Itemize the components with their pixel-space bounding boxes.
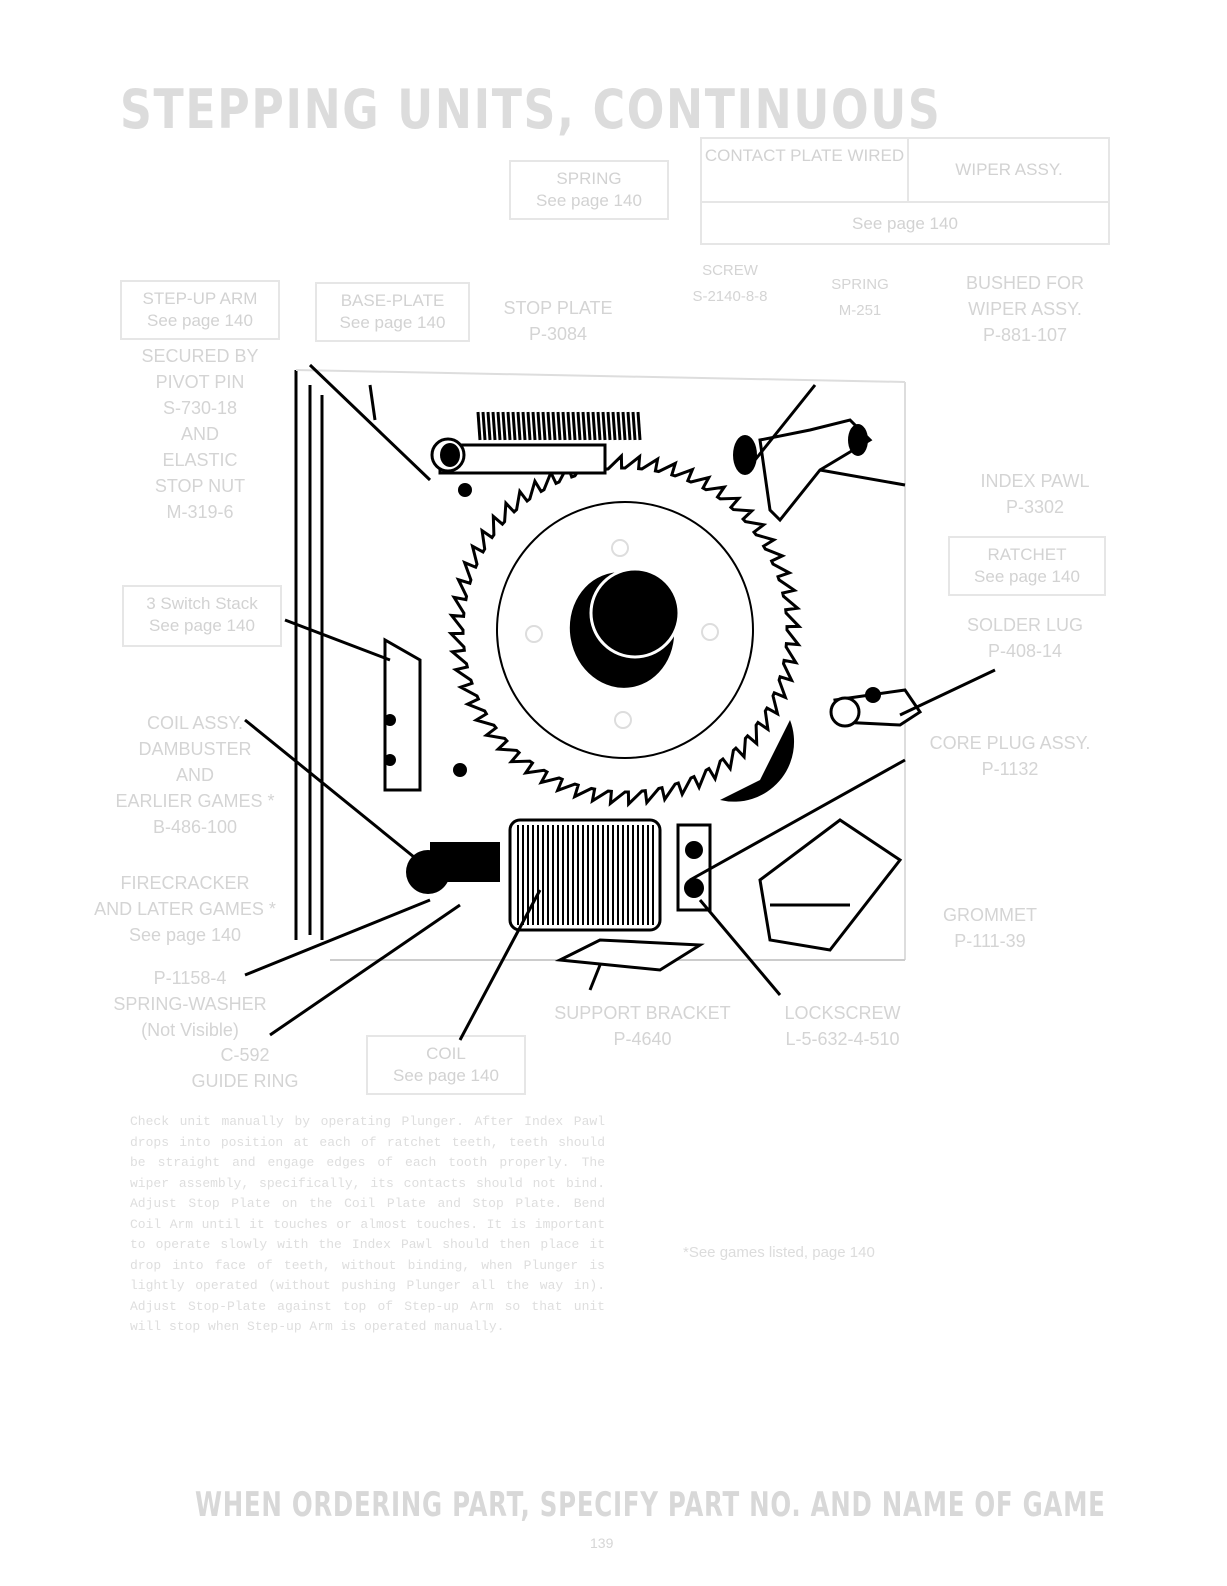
page-number: 139	[590, 1535, 613, 1551]
games-note: *See games listed, page 140	[683, 1244, 875, 1261]
stepping-unit-diagram	[0, 0, 1227, 1586]
ordering-footer: WHEN ORDERING PART, SPECIFY PART NO. AND…	[195, 1485, 1106, 1525]
instruction-paragraph: Check unit manually by operating Plunger…	[130, 1112, 605, 1338]
